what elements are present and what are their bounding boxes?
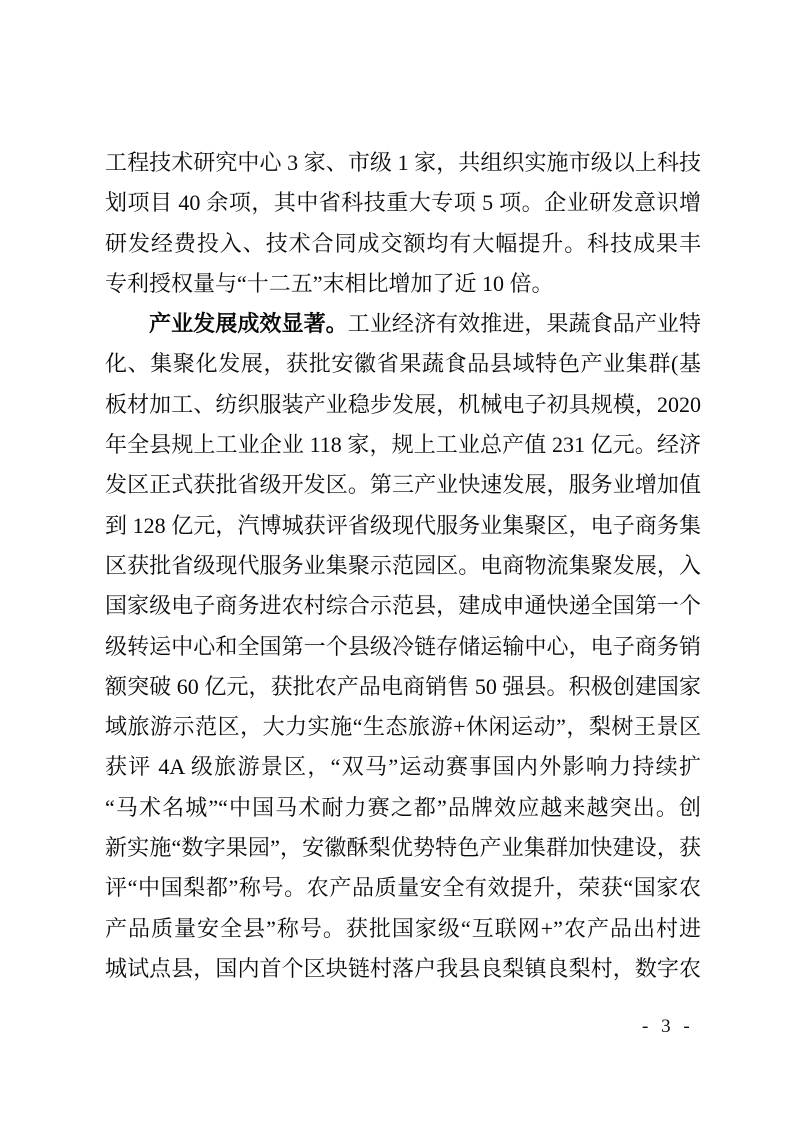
document-page: 工程技术研究中心 3 家、市级 1 家，共组织实施市级以上科技计 划项目 40 … [0,0,793,1122]
text-line: 板材加工、纺织服装产业稳步发展，机械电子初具规模，2020 [105,385,701,425]
text-line: 年全县规上工业企业 118 家，规上工业总产值 231 亿元。经济开 [105,425,701,465]
text-line: 获评 4A 级旅游景区，“双马”运动赛事国内外影响力持续扩大， [105,747,701,787]
text-line: 研发经费投入、技术合同成交额均有大幅提升。科技成果丰硕， [105,224,701,264]
text-line: 划项目 40 余项，其中省科技重大专项 5 项。企业研发意识增强， [105,183,701,223]
text-line: 评“中国梨都”称号。农产品质量安全有效提升，荣获“国家农 [105,868,701,908]
text-line: 发区正式获批省级开发区。第三产业快速发展，服务业增加值达 [105,465,701,505]
text-line: 级转运中心和全国第一个县级冷链存储运输中心，电子商务销售 [105,627,701,667]
text-line: “马术名城”“中国马术耐力赛之都”品牌效应越来越突出。创 [105,788,701,828]
text-line: 区获批省级现代服务业集聚示范园区。电商物流集聚发展，入选 [105,546,701,586]
paragraph-heading: 产业发展成效显著。 [149,311,348,336]
text-line: 额突破 60 亿元，获批农产品电商销售 50 强县。积极创建国家全 [105,667,701,707]
text-line: 城试点县，国内首个区块链村落户我县良梨镇良梨村，数字农业 [105,949,701,989]
text-line: 域旅游示范区，大力实施“生态旅游+休闲运动”，梨树王景区 [105,707,701,747]
text-line: 产业发展成效显著。工业经济有效推进，果蔬食品产业特色 [105,304,701,344]
body-text: 工程技术研究中心 3 家、市级 1 家，共组织实施市级以上科技计 划项目 40 … [105,143,701,989]
text-line: 工程技术研究中心 3 家、市级 1 家，共组织实施市级以上科技计 [105,143,701,183]
text-line: 到 128 亿元，汽博城获评省级现代服务业集聚区，电子商务集聚 [105,506,701,546]
page-number: - 3 - [642,1014,694,1040]
text-line: 化、集聚化发展，获批安徽省果蔬食品县域特色产业集群(基地)， [105,344,701,384]
text-line: 专利授权量与“十二五”末相比增加了近 10 倍。 [105,264,701,304]
text-line: 产品质量安全县”称号。获批国家级“互联网+”农产品出村进 [105,909,701,949]
text-line: 国家级电子商务进农村综合示范县，建成申通快递全国第一个县 [105,586,701,626]
text-line: 新实施“数字果园”，安徽酥梨优势特色产业集群加快建设，获 [105,828,701,868]
